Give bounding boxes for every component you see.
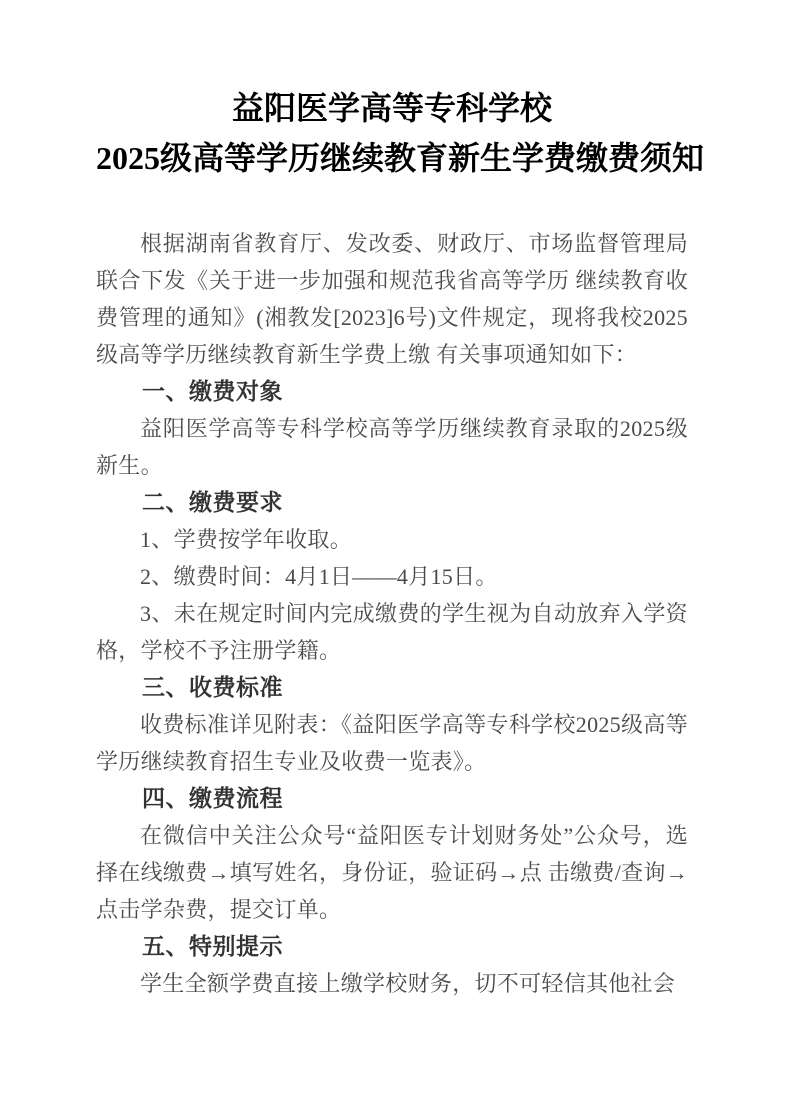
document-page: 益阳医学高等专科学校 2025级高等学历继续教育新生学费缴费须知 根据湖南省教育…: [0, 0, 794, 1108]
section-payment-target: 一、缴费对象 益阳医学高等专科学校高等学历继续教育录取的2025级新生。: [96, 373, 688, 484]
title-line-1: 益阳医学高等专科学校: [96, 83, 688, 133]
heading-payment-requirements: 二、缴费要求: [96, 484, 688, 521]
heading-payment-procedure: 四、缴费流程: [96, 780, 688, 817]
payment-requirement-item-2: 2、缴费时间：4月1日——4月15日。: [96, 558, 688, 595]
payment-target-paragraph: 益阳医学高等专科学校高等学历继续教育录取的2025级新生。: [96, 410, 688, 484]
document-title: 益阳医学高等专科学校 2025级高等学历继续教育新生学费缴费须知: [96, 83, 688, 183]
special-notice-paragraph: 学生全额学费直接上缴学校财务，切不可轻信其他社会: [96, 965, 688, 1002]
payment-requirement-item-1: 1、学费按学年收取。: [96, 521, 688, 558]
payment-requirement-item-3: 3、未在规定时间内完成缴费的学生视为自动放弃入学资格，学校不予注册学籍。: [96, 595, 688, 669]
section-payment-requirements: 二、缴费要求 1、学费按学年收取。 2、缴费时间：4月1日——4月15日。 3、…: [96, 484, 688, 669]
intro-paragraph: 根据湖南省教育厅、发改委、财政厅、市场监督管理局联合下发《关于进一步加强和规范我…: [96, 225, 688, 373]
section-fee-standard: 三、收费标准 收费标准详见附表：《益阳医学高等专科学校2025级高等学历继续教育…: [96, 669, 688, 780]
payment-procedure-paragraph: 在微信中关注公众号“益阳医专计划财务处”公众号，选择在线缴费→填写姓名，身份证，…: [96, 817, 688, 928]
heading-payment-target: 一、缴费对象: [96, 373, 688, 410]
fee-standard-paragraph: 收费标准详见附表：《益阳医学高等专科学校2025级高等学历继续教育招生专业及收费…: [96, 706, 688, 780]
section-payment-procedure: 四、缴费流程 在微信中关注公众号“益阳医专计划财务处”公众号，选择在线缴费→填写…: [96, 780, 688, 928]
heading-special-notice: 五、特别提示: [96, 928, 688, 965]
document-body: 根据湖南省教育厅、发改委、财政厅、市场监督管理局联合下发《关于进一步加强和规范我…: [96, 225, 688, 1002]
heading-fee-standard: 三、收费标准: [96, 669, 688, 706]
title-line-2: 2025级高等学历继续教育新生学费缴费须知: [96, 133, 688, 183]
section-special-notice: 五、特别提示 学生全额学费直接上缴学校财务，切不可轻信其他社会: [96, 928, 688, 1002]
